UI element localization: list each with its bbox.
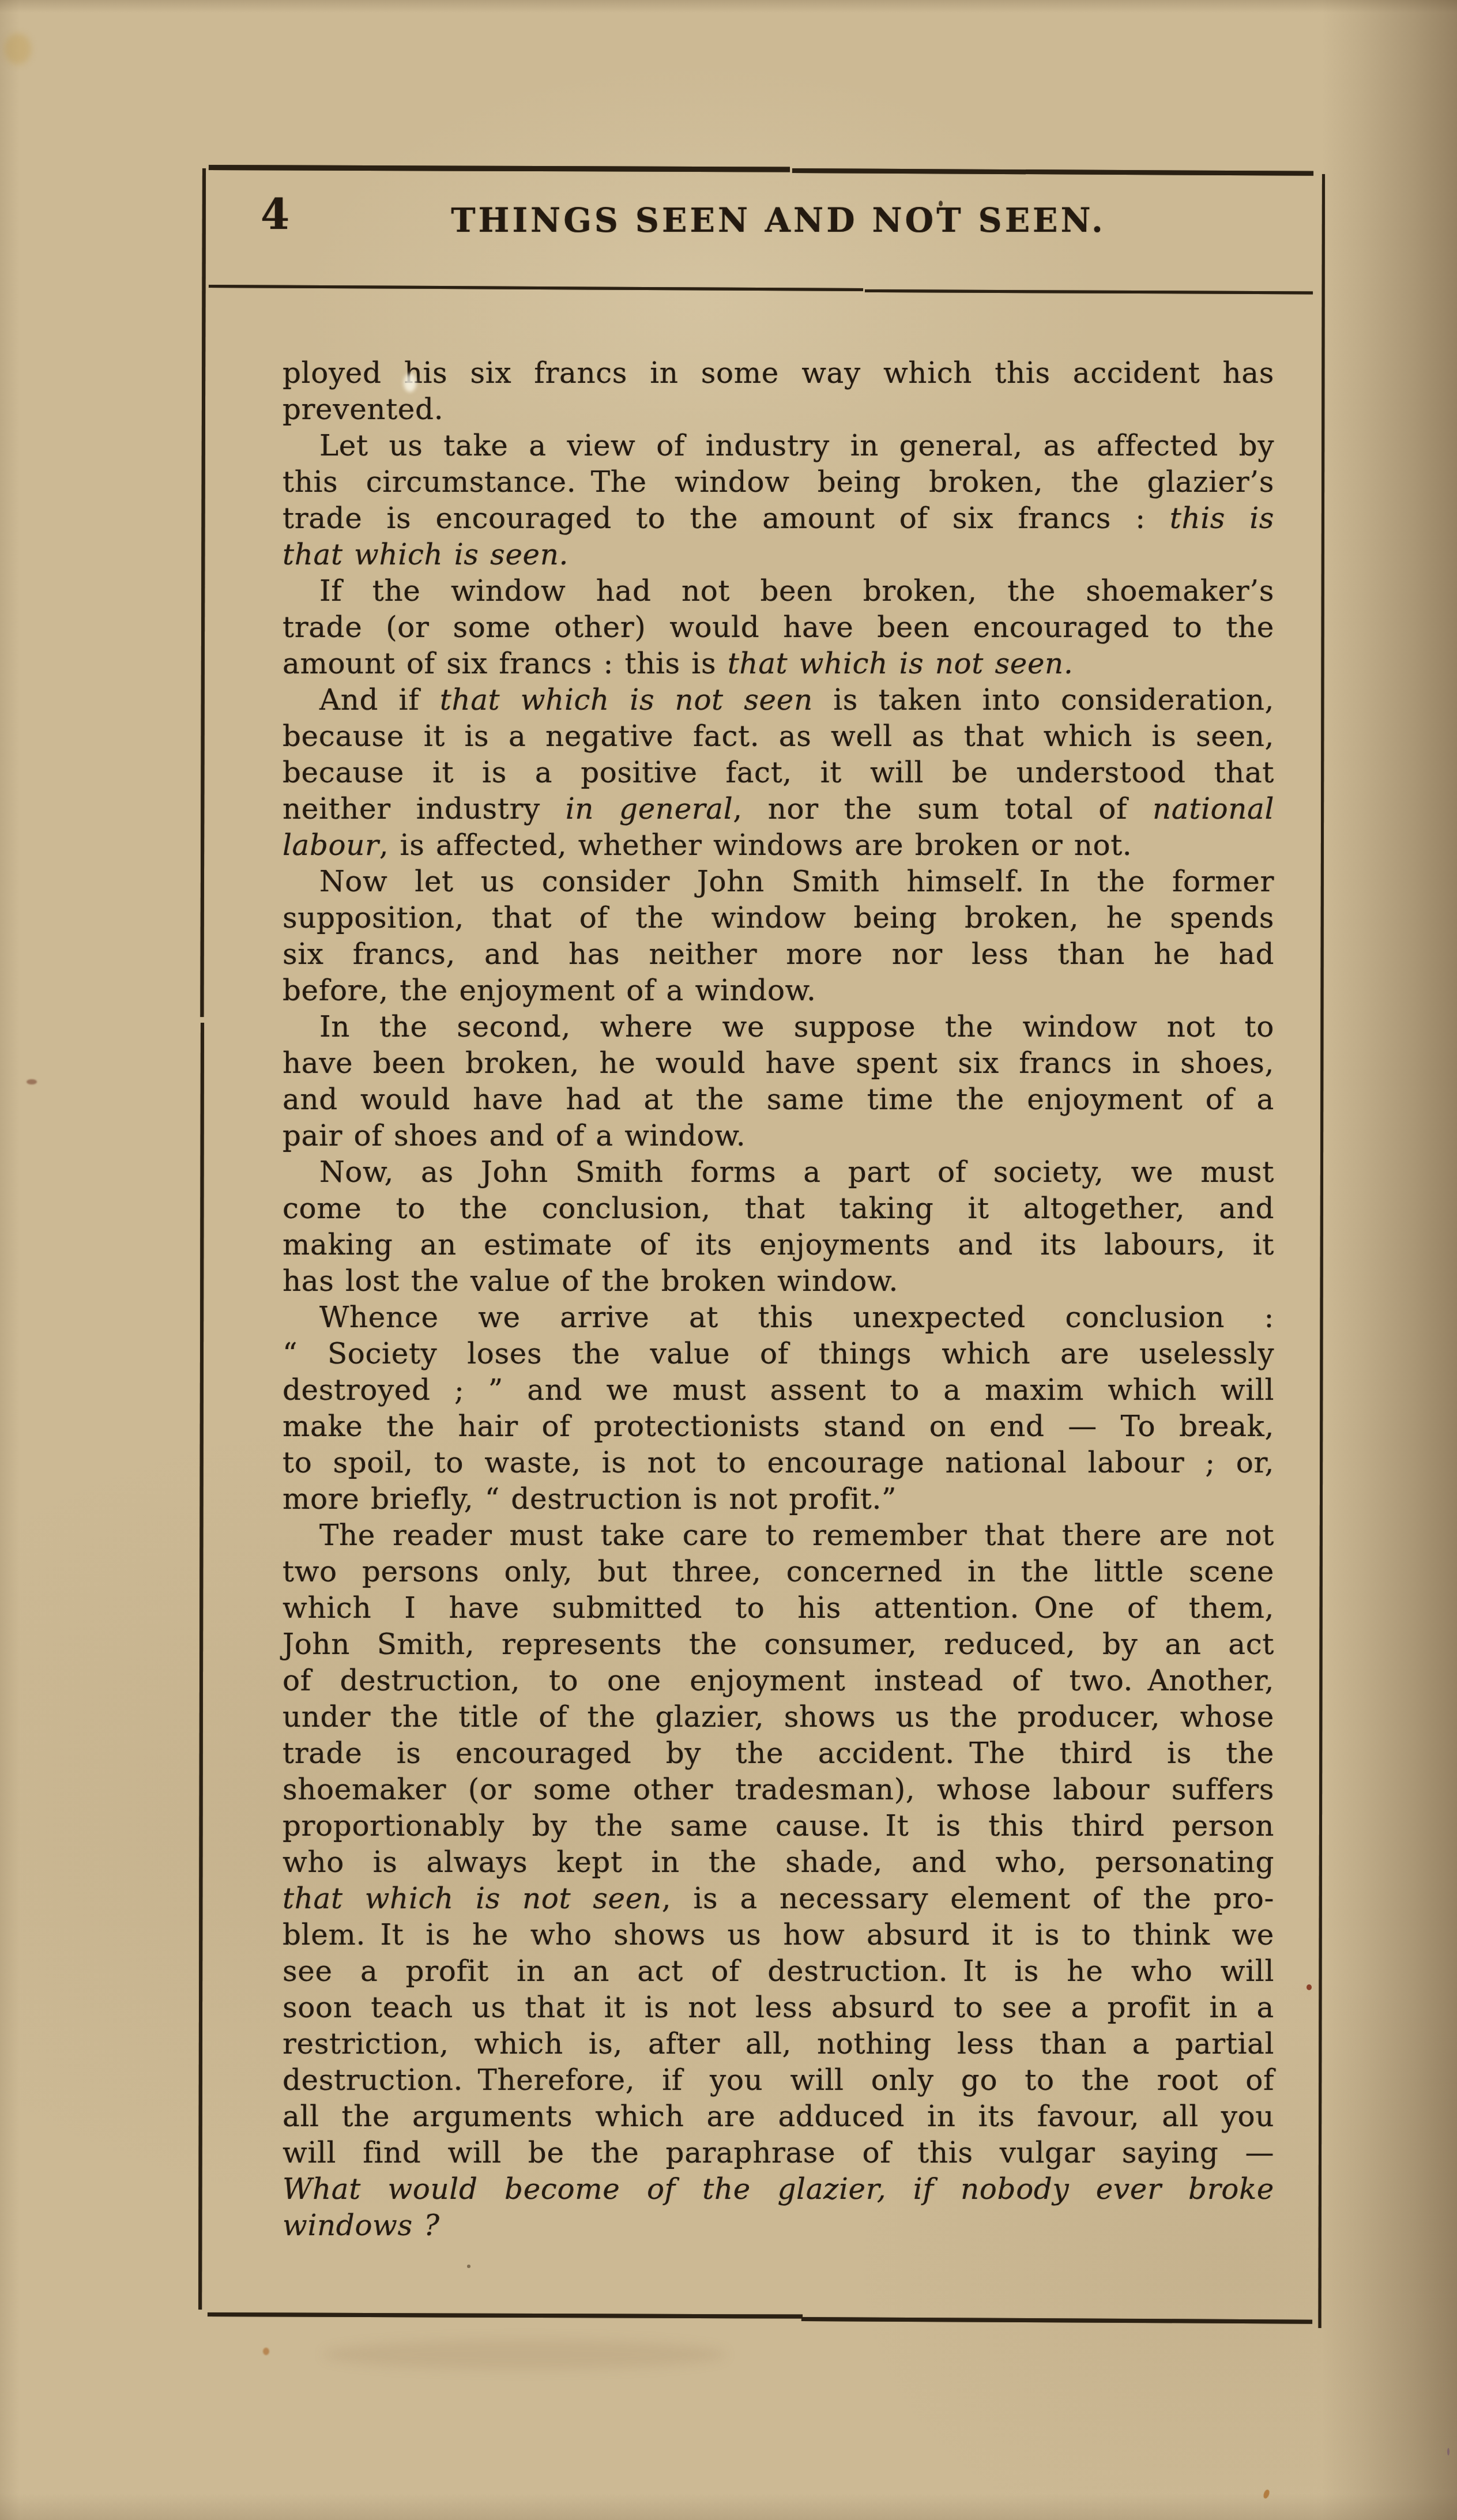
text-segment: In the second, where we suppose the wind… bbox=[319, 1010, 1274, 1044]
text-segment: proportionably by the same cause. It is … bbox=[283, 1809, 1274, 1843]
text-segment: shoemaker (or some other tradesman), who… bbox=[283, 1773, 1274, 1806]
text-segment: , is a necessary element of the pro- bbox=[662, 1882, 1274, 1915]
text-segment: under the title of the glazier, shows us… bbox=[283, 1700, 1274, 1734]
text-line: Now let us consider John Smith himself. … bbox=[283, 864, 1274, 900]
text-line: trade is encouraged by the accident. The… bbox=[283, 1735, 1274, 1772]
text-segment: destroyed ; ” and we must assent to a ma… bbox=[283, 1373, 1274, 1407]
text-line: which I have submitted to his attention.… bbox=[283, 1590, 1274, 1626]
text-line: to spoil, to waste, is not to encourage … bbox=[283, 1445, 1274, 1481]
text-segment: prevented. bbox=[283, 393, 443, 426]
text-line: Let us take a view of industry in genera… bbox=[283, 428, 1274, 464]
text-segment: which I have submitted to his attention.… bbox=[283, 1591, 1274, 1625]
text-segment: Let us take a view of industry in genera… bbox=[319, 429, 1274, 462]
italic-text-segment: that which is not seen. bbox=[728, 647, 1074, 680]
bottom-border-rule-right bbox=[801, 2317, 1312, 2324]
text-line: more briefly, “ destruction is not profi… bbox=[283, 1481, 1274, 1517]
text-line: make the hair of protectionists stand on… bbox=[283, 1408, 1274, 1445]
text-line: restriction, which is, after all, nothin… bbox=[283, 2026, 1274, 2062]
text-segment: ployed his six francs in some way which … bbox=[283, 356, 1274, 390]
text-line: prevented. bbox=[283, 391, 1274, 428]
top-border-rule-left bbox=[209, 165, 790, 172]
text-segment: more briefly, “ destruction is not profi… bbox=[283, 1482, 897, 1516]
text-line: windows ? bbox=[283, 2208, 1274, 2244]
text-line: see a profit in an act of destruction. I… bbox=[283, 1953, 1274, 1990]
text-segment: who is always kept in the shade, and who… bbox=[283, 1845, 1274, 1879]
text-segment: make the hair of protectionists stand on… bbox=[283, 1410, 1274, 1443]
text-segment: blem. It is he who shows us how absurd i… bbox=[283, 1918, 1274, 1952]
paper-stain bbox=[1263, 2489, 1271, 2499]
text-segment: restriction, which is, after all, nothin… bbox=[283, 2027, 1274, 2061]
text-line: If the window had not been broken, the s… bbox=[283, 573, 1274, 609]
text-line: and would have had at the same time the … bbox=[283, 1082, 1274, 1118]
text-line: have been broken, he would have spent si… bbox=[283, 1045, 1274, 1082]
text-segment: making an estimate of its enjoyments and… bbox=[283, 1228, 1274, 1261]
text-line: all the arguments which are adduced in i… bbox=[283, 2099, 1274, 2135]
text-segment: Now let us consider John Smith himself. … bbox=[319, 865, 1274, 898]
text-segment: trade is encouraged to the amount of six… bbox=[283, 502, 1170, 535]
text-segment: Whence we arrive at this unexpected conc… bbox=[319, 1301, 1274, 1334]
text-line: under the title of the glazier, shows us… bbox=[283, 1699, 1274, 1735]
text-line: come to the conclusion, that taking it a… bbox=[283, 1191, 1274, 1227]
text-line: six francs, and has neither more nor les… bbox=[283, 936, 1274, 973]
paper-stain bbox=[5, 33, 31, 65]
text-segment: all the arguments which are adduced in i… bbox=[283, 2100, 1274, 2133]
text-segment: John Smith, represents the consumer, red… bbox=[283, 1628, 1274, 1661]
text-line: What would become of the glazier, if nob… bbox=[283, 2171, 1274, 2208]
text-segment: Now, as John Smith forms a part of socie… bbox=[319, 1155, 1274, 1189]
text-segment: “ Society loses the value of things whic… bbox=[283, 1337, 1274, 1370]
text-line: soon teach us that it is not less absurd… bbox=[283, 1990, 1274, 2026]
text-segment: is taken into consideration, bbox=[813, 683, 1274, 717]
text-segment: The reader must take care to remember th… bbox=[319, 1519, 1274, 1552]
header-divider-rule-right bbox=[865, 289, 1313, 294]
text-segment: If the window had not been broken, the s… bbox=[319, 574, 1274, 608]
text-segment: And if bbox=[319, 683, 440, 717]
text-line: will find will be the paraphrase of this… bbox=[283, 2135, 1274, 2171]
ink-speck bbox=[467, 2265, 470, 2268]
italic-text-segment: What would become of the glazier, if nob… bbox=[283, 2172, 1274, 2206]
paper-stain bbox=[263, 2348, 269, 2355]
right-border-rule bbox=[1318, 174, 1325, 2328]
text-line: Now, as John Smith forms a part of socie… bbox=[283, 1154, 1274, 1191]
book-page-scan: 4 THINGS SEEN AND NOT SEEN. ployed his s… bbox=[0, 0, 1457, 2520]
text-segment: to spoil, to waste, is not to encourage … bbox=[283, 1446, 1274, 1479]
text-segment: pair of shoes and of a window. bbox=[283, 1119, 746, 1152]
text-segment: because it is a negative fact. as well a… bbox=[283, 720, 1274, 753]
text-line: shoemaker (or some other tradesman), who… bbox=[283, 1772, 1274, 1808]
italic-text-segment: this is bbox=[1170, 502, 1274, 535]
text-line: destroyed ; ” and we must assent to a ma… bbox=[283, 1372, 1274, 1408]
text-line: John Smith, represents the consumer, red… bbox=[283, 1626, 1274, 1663]
italic-text-segment: that which is seen. bbox=[283, 538, 569, 571]
text-line: before, the enjoyment of a window. bbox=[283, 973, 1274, 1009]
text-segment: trade (or some other) would have been en… bbox=[283, 611, 1274, 644]
page-text: ployed his six francs in some way which … bbox=[283, 355, 1274, 2244]
italic-text-segment: in general bbox=[566, 792, 733, 826]
text-segment: have been broken, he would have spent si… bbox=[283, 1046, 1274, 1080]
text-segment: trade is encouraged by the accident. The… bbox=[283, 1736, 1274, 1770]
left-border-rule-lower bbox=[198, 1023, 204, 2310]
text-segment: has lost the value of the broken window. bbox=[283, 1264, 898, 1298]
bottom-border-rule-left bbox=[208, 2312, 803, 2319]
paper-smudge bbox=[323, 2340, 726, 2370]
text-segment: , is affected, whether windows are broke… bbox=[379, 828, 1132, 862]
italic-text-segment: that which is not seen bbox=[440, 683, 813, 717]
text-segment: supposition, that of the window being br… bbox=[283, 901, 1274, 935]
text-line: that which is seen. bbox=[283, 537, 1274, 573]
text-segment: see a profit in an act of destruction. I… bbox=[283, 1954, 1274, 1988]
text-line: pair of shoes and of a window. bbox=[283, 1118, 1274, 1154]
text-line: And if that which is not seen is taken i… bbox=[283, 682, 1274, 718]
ink-speck bbox=[1307, 1984, 1312, 1990]
text-line: this circumstance. The window being brok… bbox=[283, 464, 1274, 500]
text-line: neither industry in general, nor the sum… bbox=[283, 791, 1274, 827]
text-line: blem. It is he who shows us how absurd i… bbox=[283, 1917, 1274, 1953]
text-line: has lost the value of the broken window. bbox=[283, 1263, 1274, 1299]
italic-text-segment: windows ? bbox=[283, 2209, 440, 2242]
text-line: supposition, that of the window being br… bbox=[283, 900, 1274, 936]
text-segment: two persons only, but three, concerned i… bbox=[283, 1555, 1274, 1588]
running-title: THINGS SEEN AND NOT SEEN. bbox=[283, 204, 1274, 237]
text-line: because it is a positive fact, it will b… bbox=[283, 755, 1274, 791]
text-segment: soon teach us that it is not less absurd… bbox=[283, 1991, 1274, 2024]
italic-text-segment: national bbox=[1153, 792, 1274, 826]
text-segment: will find will be the paraphrase of this… bbox=[283, 2136, 1274, 2169]
scan-artifact bbox=[1447, 2448, 1450, 2455]
text-segment: before, the enjoyment of a window. bbox=[283, 974, 816, 1007]
text-line: ployed his six francs in some way which … bbox=[283, 355, 1274, 391]
text-segment: six francs, and has neither more nor les… bbox=[283, 937, 1274, 971]
text-segment: destruction. Therefore, if you will only… bbox=[283, 2063, 1274, 2097]
text-line: The reader must take care to remember th… bbox=[283, 1517, 1274, 1554]
text-line: who is always kept in the shade, and who… bbox=[283, 1844, 1274, 1881]
left-border-rule-upper bbox=[200, 168, 206, 1017]
top-border-rule-right bbox=[792, 168, 1313, 176]
text-segment: of destruction, to one enjoyment instead… bbox=[283, 1664, 1274, 1697]
text-line: two persons only, but three, concerned i… bbox=[283, 1554, 1274, 1590]
text-line: “ Society loses the value of things whic… bbox=[283, 1336, 1274, 1372]
text-segment: and would have had at the same time the … bbox=[283, 1083, 1274, 1116]
text-segment: amount of six francs : this is bbox=[283, 647, 728, 680]
text-line: labour, is affected, whether windows are… bbox=[283, 827, 1274, 864]
text-line: of destruction, to one enjoyment instead… bbox=[283, 1663, 1274, 1699]
text-line: that which is not seen, is a necessary e… bbox=[283, 1881, 1274, 1917]
text-line: because it is a negative fact. as well a… bbox=[283, 718, 1274, 755]
italic-text-segment: that which is not seen bbox=[283, 1882, 662, 1915]
paper-stain bbox=[27, 1079, 37, 1084]
header-divider-rule-left bbox=[209, 285, 863, 291]
text-line: Whence we arrive at this unexpected conc… bbox=[283, 1299, 1274, 1336]
text-line: trade is encouraged to the amount of six… bbox=[283, 500, 1274, 537]
text-segment: , nor the sum total of bbox=[733, 792, 1153, 826]
text-line: proportionably by the same cause. It is … bbox=[283, 1808, 1274, 1844]
text-segment: neither industry bbox=[283, 792, 566, 826]
gutter-shadow bbox=[1322, 0, 1457, 2520]
text-line: making an estimate of its enjoyments and… bbox=[283, 1227, 1274, 1263]
text-line: destruction. Therefore, if you will only… bbox=[283, 2062, 1274, 2099]
text-line: trade (or some other) would have been en… bbox=[283, 609, 1274, 646]
text-segment: because it is a positive fact, it will b… bbox=[283, 756, 1274, 789]
italic-text-segment: labour bbox=[283, 828, 379, 862]
text-line: amount of six francs : this is that whic… bbox=[283, 646, 1274, 682]
text-line: In the second, where we suppose the wind… bbox=[283, 1009, 1274, 1045]
text-segment: come to the conclusion, that taking it a… bbox=[283, 1192, 1274, 1225]
text-segment: this circumstance. The window being brok… bbox=[283, 465, 1274, 499]
